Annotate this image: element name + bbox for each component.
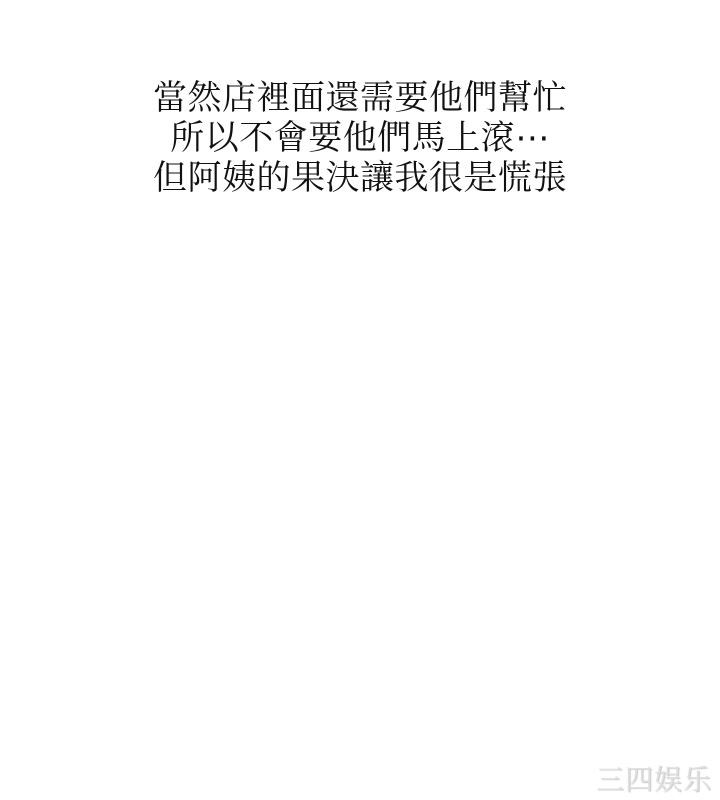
watermark-text: 三四娱乐 [596, 765, 712, 796]
narration-line-2: 所以不會要他們馬上滾⋯ [0, 118, 720, 158]
narration-block: 當然店裡面還需要他們幫忙 所以不會要他們馬上滾⋯ 但阿姨的果決讓我很是慌張 [0, 78, 720, 198]
narration-line-1: 當然店裡面還需要他們幫忙 [0, 78, 720, 118]
narration-line-3: 但阿姨的果決讓我很是慌張 [0, 158, 720, 198]
comic-page: 當然店裡面還需要他們幫忙 所以不會要他們馬上滾⋯ 但阿姨的果決讓我很是慌張 三四… [0, 0, 720, 800]
